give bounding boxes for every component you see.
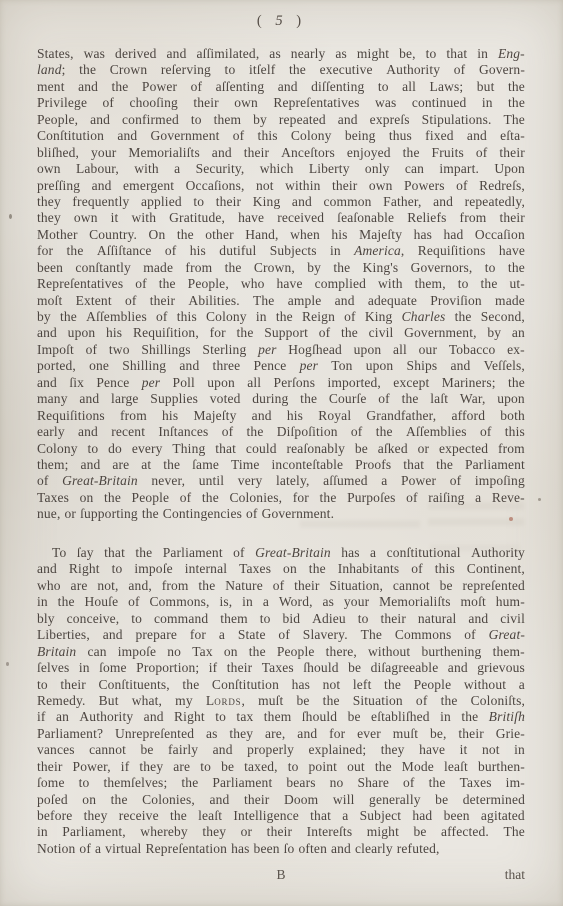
text-line: BritaincanimpoſenoTaxonthePeoplethere,wi… [37, 644, 525, 660]
text-line: Remedy.Butwhat,myLords,muſtbetheSituatio… [37, 693, 525, 709]
text-line: totheirConſtituents,theConſtitutionhasno… [37, 677, 525, 693]
text-line: mentandthePowerofaſſentinganddiſſentingt… [37, 79, 525, 95]
text-line: People,andconfirmedtothembyrepeatedandex… [37, 112, 525, 128]
text-line: ofGreat-Britainnever,untilverylately,aſſ… [37, 473, 525, 489]
ink-speck [538, 498, 541, 501]
text-line: ColonytodoeveryThingthatcouldreaſonablyb… [37, 441, 525, 457]
ink-speck [9, 214, 12, 219]
page-number: ( 5 ) [0, 13, 563, 30]
text-line: ToſaythattheParliamentofGreat-Britainhas… [37, 545, 525, 561]
text-line: ownLabour,withaSecurity,whichLibertyonly… [37, 161, 525, 177]
text-line: poſedontheColonies,andtheirDoomwillgener… [37, 792, 525, 808]
text-line: theyfrequentlyappliedtotheirKingandcommo… [37, 194, 525, 210]
text-line: manyandlargeSuppliesvotedduringtheCourſe… [37, 391, 525, 407]
text-line: States,wasderivedandaſſimilated,asnearly… [37, 46, 525, 62]
text-line: vancescannotbefairlyandproperlyexplained… [37, 742, 525, 758]
text-line: intheHouſeofCommons,is,inaWord,asyourMem… [37, 594, 525, 610]
text-line: blyconceive,tocommandthemtobidAdieutothe… [37, 611, 525, 627]
text-line: ſelvesinſomeProportion;iftheirTaxesſhoul… [37, 660, 525, 676]
text-line: them;andareattheſameTimeinconteſtablePro… [37, 457, 525, 473]
text-line: TaxesonthePeopleoftheColonies,forthePurp… [37, 490, 525, 506]
text-line: PrivilegeofchooſingtheirownRepreſentativ… [37, 95, 525, 111]
text-line: beenconſtantlymadefromtheCrown,bytheKing… [37, 260, 525, 276]
text-line: fortheAſſiſtanceofhisdutifulSubjectsinAm… [37, 243, 525, 259]
text-line: RequiſitionsfromhisMajeſtyandhisRoyalGra… [37, 408, 525, 424]
text-line: bliſhed,yourMemorialiſtsandtheirAnceſtor… [37, 145, 525, 161]
text-line: moſtExtentoftheirAbilities.Theampleandad… [37, 293, 525, 309]
text-line: ImpoſtoftwoShillingsSterlingperHogſheadu… [37, 342, 525, 358]
text-line: earlyandrecentInſtancesoftheDiſpoſitiono… [37, 424, 525, 440]
text-line: andſixPenceperPolluponallPerſonsimported… [37, 375, 525, 391]
text-line: bytheAſſembliesofthisColonyintheReignofK… [37, 309, 525, 325]
text-line: nue, or ſupporting the Contingencies of … [37, 506, 525, 522]
text-line: anduponhisRequiſition,fortheSupportofthe… [37, 325, 525, 341]
page-footer: B that [37, 867, 525, 887]
text-line: inParliament,wherebytheyortheirIntereſts… [37, 824, 525, 840]
text-line: RepreſentativesofthePeople,whohavecompli… [37, 276, 525, 292]
text-line: ifanAuthorityandRighttotaxthemſhouldbeeſ… [37, 709, 525, 725]
catchword: that [505, 867, 525, 883]
text-line: Parliament?Unrepreſentedastheyare,andfor… [37, 726, 525, 742]
text-line: theyownitwithGratitude,havereceivedſeaſo… [37, 210, 525, 226]
text-line: whoarenot,and,fromtheNatureoftheirSituat… [37, 578, 525, 594]
text-line: preſſingandemergentOccaſions,notwithinth… [37, 178, 525, 194]
text-line: andRighttoimpoſeinternalTaxesontheInhabi… [37, 561, 525, 577]
paragraph-2: ToſaythattheParliamentofGreat-Britainhas… [37, 545, 525, 857]
scanned-document-page: ( 5 ) States,wasderivedandaſſimilated,as… [0, 0, 563, 906]
text-line: MotherCountry.OntheotherHand,whenhisMaje… [37, 227, 525, 243]
signature-mark: B [276, 867, 285, 883]
text-line: Notion of a virtual Repreſentation has b… [37, 841, 525, 857]
text-line: Liberties,andprepareforaStateofSlavery.T… [37, 627, 525, 643]
text-line: ported,oneShillingandthreePenceperTonupo… [37, 358, 525, 374]
text-line: land;theCrownreſervingtoitſelftheexecuti… [37, 62, 525, 78]
paragraph-1: States,wasderivedandaſſimilated,asnearly… [37, 46, 525, 523]
text-line: beforetheyreceivetheleaſtIntelligencetha… [37, 808, 525, 824]
text-line: ſometothemſelves;theParliamentbearsnoSha… [37, 775, 525, 791]
ink-speck [6, 662, 9, 666]
text-line: theirPower,iftheyaretobetaxed,topointout… [37, 759, 525, 775]
text-line: ConſtitutionandGovernmentofthisColonybei… [37, 128, 525, 144]
